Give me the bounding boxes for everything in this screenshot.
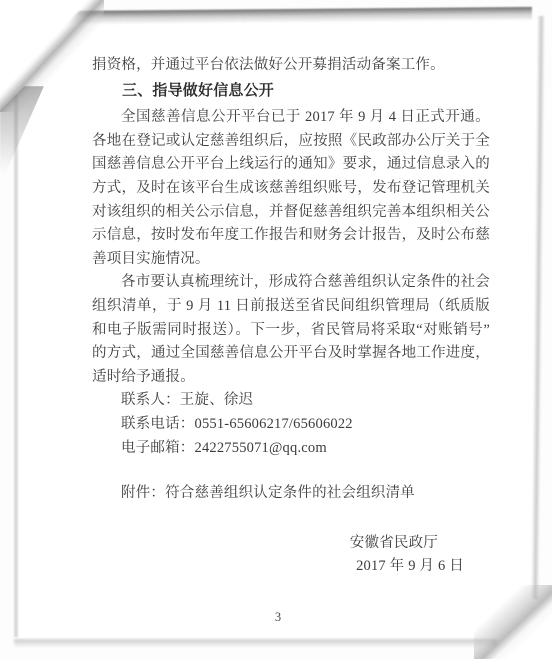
paragraph-continuation: 捐资格，并通过平台依法做好公开募捐活动备案工作。	[92, 54, 490, 78]
signature-block: 安徽省民政厅 2017 年 9 月 6 日	[92, 532, 490, 579]
paragraph-city-requirements: 各市要认真梳理统计，形成符合慈善组织认定条件的社会组织清单，于 9 月 11 日…	[92, 271, 490, 389]
scanned-document-photo: 捐资格，并通过平台依法做好公开募捐活动备案工作。 三、指导做好信息公开 全国慈善…	[0, 0, 552, 659]
document-page: 捐资格，并通过平台依法做好公开募捐活动备案工作。 三、指导做好信息公开 全国慈善…	[18, 18, 538, 641]
document-content: 捐资格，并通过平台依法做好公开募捐活动备案工作。 三、指导做好信息公开 全国慈善…	[92, 54, 490, 579]
issue-date: 2017 年 9 月 6 日	[92, 555, 490, 579]
issuing-authority: 安徽省民政厅	[92, 532, 490, 556]
attachment-note: 附件：符合慈善组织认定条件的社会组织清单	[92, 482, 490, 506]
section-heading: 三、指导做好信息公开	[92, 80, 490, 104]
contact-person-line: 联系人：王旋、徐迟	[92, 389, 490, 413]
contact-phone-line: 联系电话：0551-65606217/65606022	[92, 413, 490, 437]
paragraph-platform-launch: 全国慈善信息公开平台已于 2017 年 9 月 4 日正式开通。各地在登记或认定…	[92, 106, 490, 271]
page-number: 3	[18, 610, 538, 625]
contact-email-line: 电子邮箱：2422755071@qq.com	[92, 437, 490, 461]
